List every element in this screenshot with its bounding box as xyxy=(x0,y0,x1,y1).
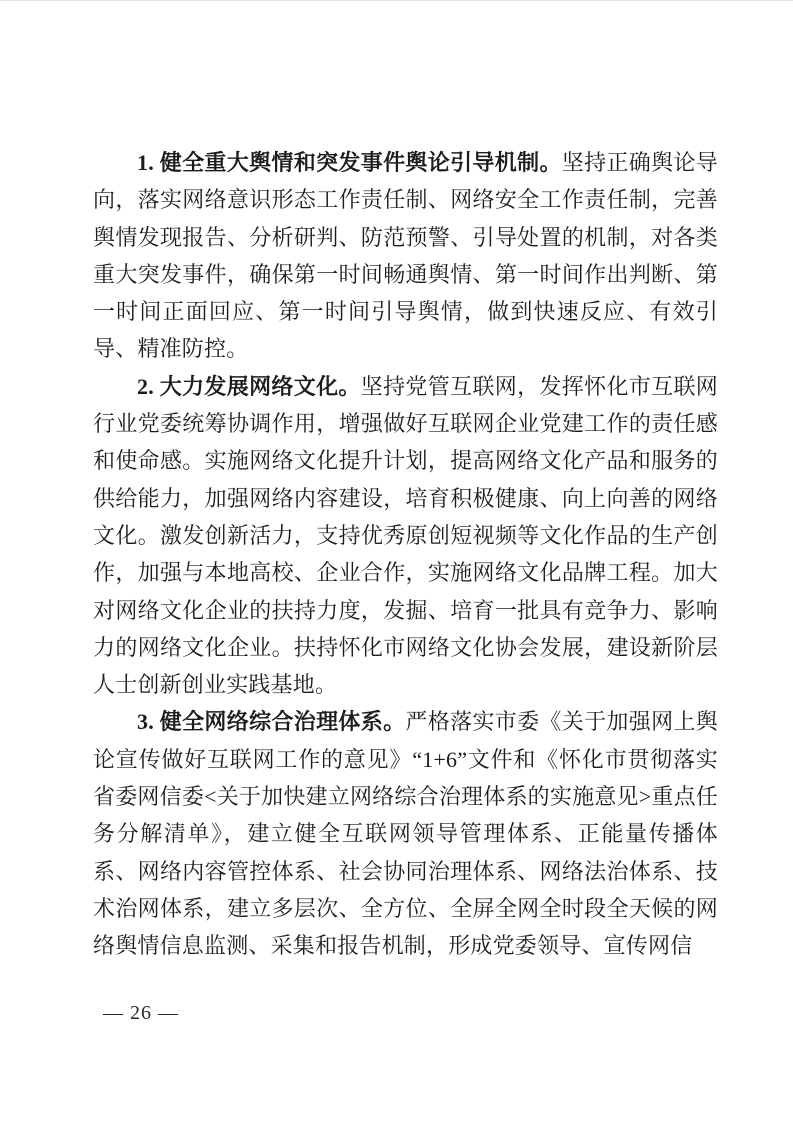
paragraph-2-heading: 2. 大力发展网络文化。 xyxy=(137,374,361,399)
paragraph-1-heading: 1. 健全重大舆情和突发事件舆论引导机制。 xyxy=(137,150,562,175)
paragraph-3: 3. 健全网络综合治理体系。严格落实市委《关于加强网上舆论宣传做好互联网工作的意… xyxy=(93,703,718,964)
document-body: 1. 健全重大舆情和突发事件舆论引导机制。坚持正确舆论导向，落实网络意识形态工作… xyxy=(93,144,718,965)
paragraph-2-body: 坚持党管互联网，发挥怀化市互联网行业党委统筹协调作用，增强做好互联网企业党建工作… xyxy=(93,374,718,697)
paragraph-2: 2. 大力发展网络文化。坚持党管互联网，发挥怀化市互联网行业党委统筹协调作用，增… xyxy=(93,368,718,704)
paragraph-3-body: 严格落实市委《关于加强网上舆论宣传做好互联网工作的意见》“1+6”文件和《怀化市… xyxy=(93,709,718,958)
paragraph-1-body: 坚持正确舆论导向，落实网络意识形态工作责任制、网络安全工作责任制，完善舆情发现报… xyxy=(93,150,718,361)
document-page: 1. 健全重大舆情和突发事件舆论引导机制。坚持正确舆论导向，落实网络意识形态工作… xyxy=(0,0,793,1123)
paragraph-1: 1. 健全重大舆情和突发事件舆论引导机制。坚持正确舆论导向，落实网络意识形态工作… xyxy=(93,144,718,368)
paragraph-3-heading: 3. 健全网络综合治理体系。 xyxy=(137,709,405,734)
page-number: — 26 — xyxy=(103,1002,179,1024)
page-footer: — 26 — xyxy=(103,1001,179,1025)
